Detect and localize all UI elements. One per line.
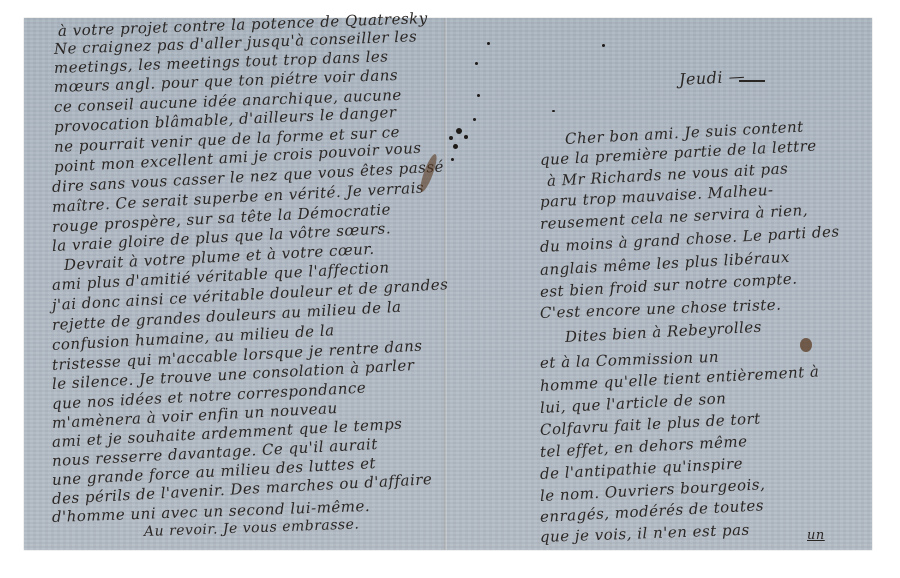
right-page: Jeudi — Cher bon ami. Je suis content qu… bbox=[447, 18, 872, 550]
ink-spot bbox=[602, 44, 605, 47]
ink-spot bbox=[473, 118, 476, 121]
ink-spot bbox=[487, 42, 490, 45]
right-line-10: Dites bien à Rebeyrolles bbox=[565, 318, 763, 346]
ink-spot bbox=[456, 128, 462, 134]
ink-spot bbox=[464, 135, 468, 139]
left-page: à votre projet contre la potence de Quat… bbox=[24, 18, 444, 550]
letter-sheet: à votre projet contre la potence de Quat… bbox=[24, 18, 872, 550]
brown-stain-right bbox=[800, 338, 812, 352]
letter-date: Jeudi — bbox=[679, 67, 746, 89]
right-line-19: que je vois, il n'en est pas bbox=[540, 521, 750, 546]
ink-spot bbox=[453, 144, 458, 149]
ink-spot bbox=[475, 62, 478, 65]
ink-spot bbox=[451, 158, 454, 161]
catchword: un bbox=[807, 528, 825, 543]
date-dash bbox=[739, 80, 765, 82]
ink-spot bbox=[449, 136, 453, 140]
ink-spot bbox=[552, 110, 555, 112]
ink-spot bbox=[477, 94, 480, 97]
